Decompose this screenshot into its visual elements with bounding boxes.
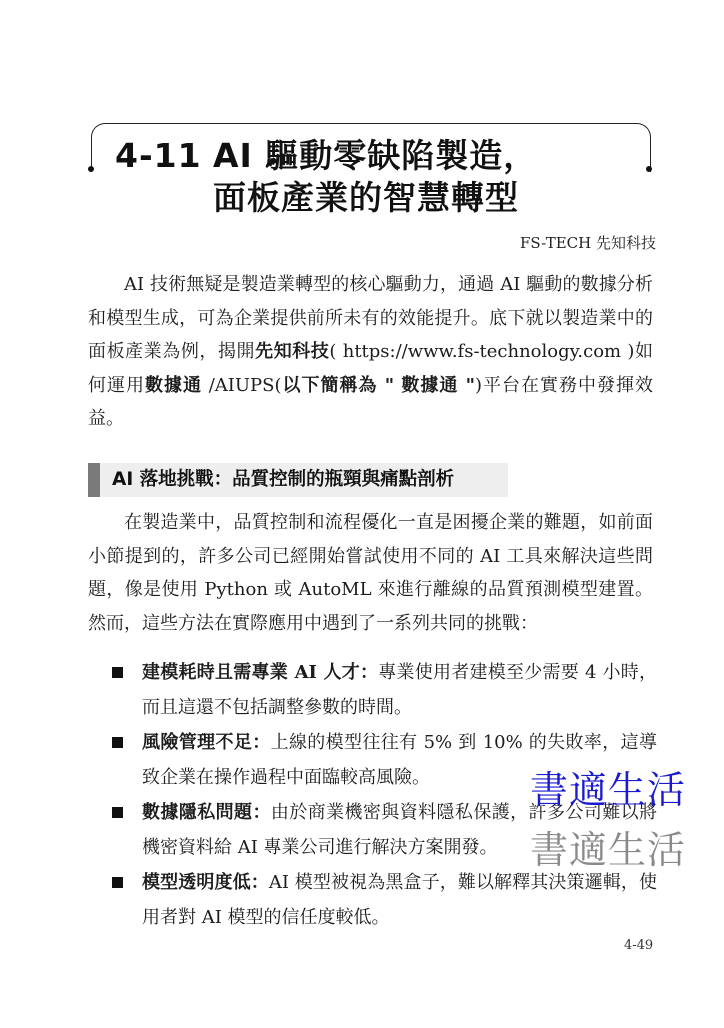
section-heading: AI 落地挑戰：品質控制的瓶頸與痛點剖析	[88, 463, 508, 497]
intro-paragraph: AI 技術無疑是製造業轉型的核心驅動力，通過 AI 驅動的數據分析和模型生成，可…	[88, 268, 653, 436]
section-bar	[88, 463, 100, 497]
page-title-line2: 面板產業的智慧轉型	[213, 178, 519, 218]
list-item-title: 數據隱私問題：	[142, 802, 271, 823]
watermark-primary: 書適生活	[530, 768, 686, 812]
list-item-title: 建模耗時且需專業 AI 人才：	[142, 662, 378, 683]
frame-dot-left	[88, 166, 94, 172]
product-alias: 以下簡稱為 " 數據通 "	[282, 375, 476, 396]
book-page: 4-11 AI 驅動零缺陷製造， 面板產業的智慧轉型 FS-TECH 先知科技 …	[0, 0, 724, 1028]
list-item-title: 風險管理不足：	[142, 732, 271, 753]
section-title: AI 落地挑戰：品質控制的瓶頸與痛點剖析	[112, 466, 454, 494]
watermark-secondary: 書適生活	[530, 828, 686, 872]
company-name: 先知科技	[255, 341, 329, 362]
author: FS-TECH 先知科技	[520, 232, 656, 253]
square-bullet-icon	[112, 737, 123, 748]
section-paragraph: 在製造業中，品質控制和流程優化一直是困擾企業的難題，如前面小節提到的，許多公司已…	[88, 506, 653, 640]
section-number: 4-11	[115, 136, 202, 176]
frame-dot-right	[646, 166, 652, 172]
intro-text-2: /AIUPS(	[202, 375, 282, 396]
page-number: 4-49	[624, 938, 653, 953]
list-item: 建模耗時且需專業 AI 人才：專業使用者建模至少需要 4 小時，而且這還不包括調…	[112, 655, 657, 725]
square-bullet-icon	[112, 807, 123, 818]
square-bullet-icon	[112, 667, 123, 678]
list-item: 模型透明度低：AI 模型被視為黑盒子，難以解釋其決策邏輯，使用者對 AI 模型的…	[112, 865, 657, 935]
list-item-title: 模型透明度低：	[142, 872, 269, 893]
page-title-line1: AI 驅動零缺陷製造，	[213, 136, 537, 176]
section-body: 在製造業中，品質控制和流程優化一直是困擾企業的難題，如前面小節提到的，許多公司已…	[88, 506, 653, 640]
product-name: 數據通	[145, 375, 202, 396]
square-bullet-icon	[112, 877, 123, 888]
